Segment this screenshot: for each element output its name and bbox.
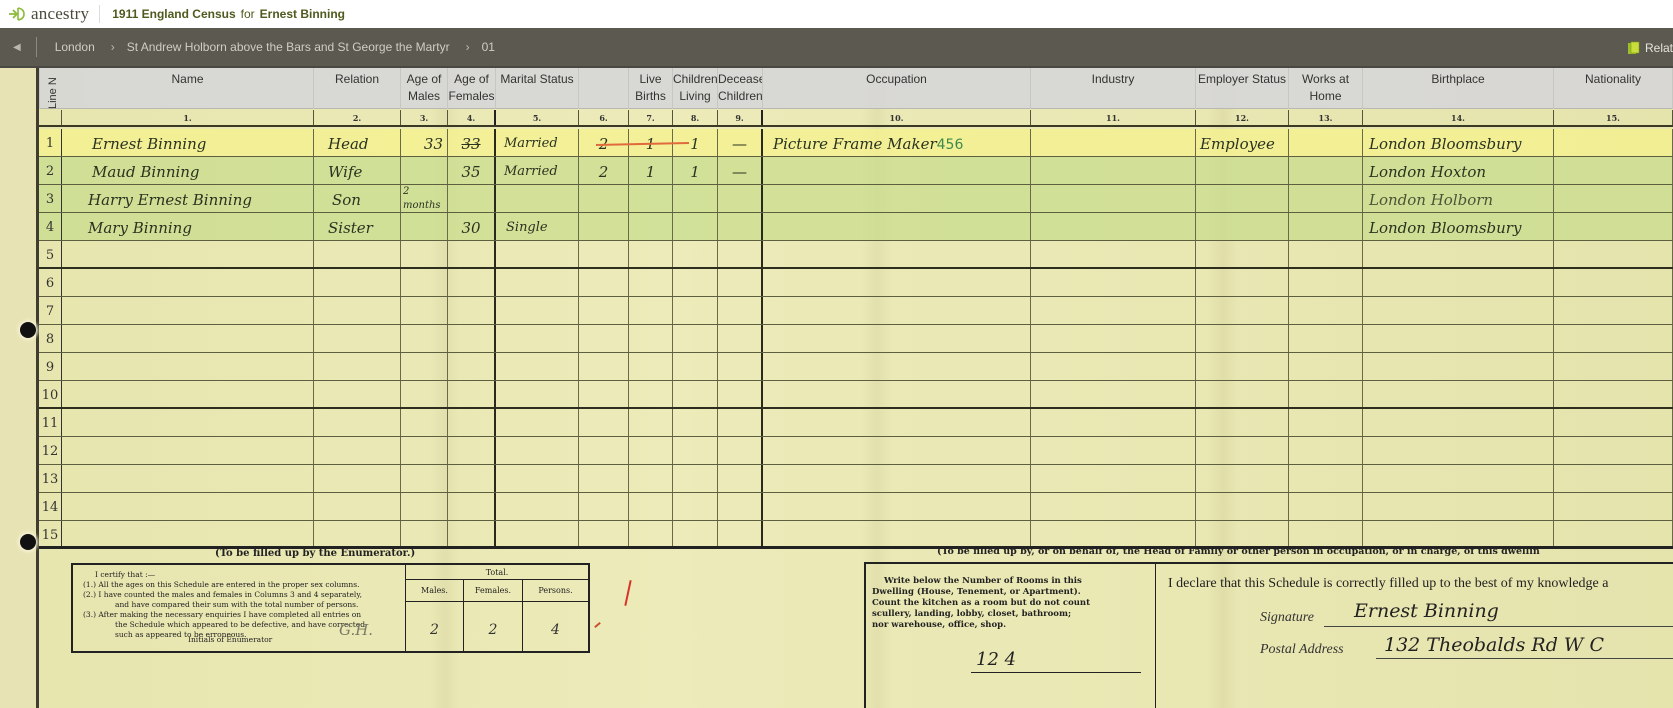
line-number: 10	[39, 381, 62, 407]
cell-works-at-home[interactable]	[1289, 185, 1363, 212]
cell-nationality[interactable]	[1554, 213, 1673, 240]
breadcrumb-divider	[36, 37, 37, 57]
cell	[314, 381, 401, 407]
related-label: Relat	[1645, 41, 1673, 55]
red-check-mark	[594, 622, 601, 628]
col-header-age-males[interactable]: Age ofMales	[401, 68, 448, 109]
cell-deceased[interactable]: —	[718, 129, 763, 156]
cell	[496, 297, 579, 324]
cell	[448, 465, 496, 492]
enumerator-certification-box: I certify that :— (1.) All the ages on t…	[71, 563, 590, 653]
cell	[1289, 241, 1363, 267]
cell-industry[interactable]	[1031, 157, 1196, 184]
cell	[763, 325, 1031, 352]
cell	[1031, 241, 1196, 267]
col-num: 3.	[401, 110, 448, 125]
cell-relation[interactable]: Wife	[314, 157, 401, 184]
cell	[314, 437, 401, 464]
col-num: 14.	[1363, 110, 1554, 125]
cell	[496, 521, 579, 546]
back-arrow-icon[interactable]: ◀	[13, 42, 21, 53]
cell	[1289, 465, 1363, 492]
col-header-years-married[interactable]	[579, 68, 629, 109]
person-name-title[interactable]: Ernest Binning	[260, 7, 345, 21]
line-number: 12	[39, 437, 62, 464]
cell	[579, 437, 629, 464]
cell-deceased[interactable]: —	[718, 157, 763, 184]
cell	[579, 297, 629, 324]
cell	[1031, 269, 1196, 296]
cell	[496, 409, 579, 436]
cell	[401, 241, 448, 267]
ancestry-logo[interactable]: ancestry	[8, 4, 89, 24]
cell-relation[interactable]: Head	[314, 129, 401, 156]
header-line: Births	[635, 89, 666, 103]
cell-occupation[interactable]	[763, 185, 1031, 212]
signature-value: Ernest Binning	[1354, 600, 1499, 622]
red-tick-mark	[624, 580, 631, 606]
table-row-empty[interactable]: 10	[39, 381, 1673, 409]
cell	[1554, 521, 1673, 546]
cell	[1289, 437, 1363, 464]
signature-underline	[1324, 626, 1673, 627]
cell	[629, 353, 673, 380]
cell	[1554, 493, 1673, 520]
cell	[763, 297, 1031, 324]
cell	[496, 241, 579, 267]
cell-age-males[interactable]	[401, 213, 448, 240]
header-line: Males	[408, 89, 440, 103]
cell	[1031, 325, 1196, 352]
cell	[673, 465, 718, 492]
col-num: 7.	[629, 110, 673, 125]
cell	[62, 409, 314, 436]
cell	[496, 493, 579, 520]
line-number: 7	[39, 297, 62, 324]
cell-nationality[interactable]	[1554, 157, 1673, 184]
cell	[401, 353, 448, 380]
cell	[673, 381, 718, 407]
table-row[interactable]: 2 Maud Binning Wife 35 Married 2 1 1 — L…	[39, 157, 1673, 185]
totals-table: Total. Males. Females. Persons. 2 2 4	[406, 565, 588, 651]
col-header-relation[interactable]: Relation	[314, 68, 401, 109]
cell	[673, 437, 718, 464]
cell	[673, 241, 718, 267]
breadcrumb-bar: ◀ London › St Andrew Holborn above the B…	[0, 28, 1673, 68]
cell	[1554, 381, 1673, 407]
line-number: 8	[39, 325, 62, 352]
rooms-divider	[1155, 564, 1156, 708]
cell	[448, 241, 496, 267]
cell	[401, 297, 448, 324]
rooms-line: scullery, landing, lobby, closet, bathro…	[872, 609, 1152, 620]
household-declaration-box: Write below the Number of Rooms in this …	[864, 562, 1673, 708]
cell-name[interactable]: Maud Binning	[62, 157, 314, 184]
cell	[1289, 409, 1363, 436]
breadcrumb-parish[interactable]: St Andrew Holborn above the Bars and St …	[127, 40, 450, 54]
cell	[448, 437, 496, 464]
header-line: Age of	[407, 72, 442, 86]
totals-males-value: 2	[406, 602, 464, 651]
collection-title[interactable]: 1911 England Census	[112, 7, 235, 21]
col-num-blank	[39, 110, 62, 125]
cell	[496, 269, 579, 296]
line-number: 11	[39, 409, 62, 436]
col-header-line-number[interactable]: Line N	[39, 68, 62, 109]
cell-deceased[interactable]	[718, 185, 763, 212]
col-header-employer-status[interactable]: Employer Status	[1196, 68, 1289, 109]
rooms-line: nor warehouse, office, shop.	[872, 620, 1152, 631]
rooms-count: 12 4	[976, 649, 1016, 670]
cell-marital[interactable]: Married	[496, 129, 579, 156]
cell	[718, 381, 763, 407]
initials-label: Initials of Enumerator	[188, 635, 272, 645]
header-line: Home	[1309, 89, 1341, 103]
col-header-works-at-home[interactable]: Works atHome	[1289, 68, 1363, 109]
cell	[673, 325, 718, 352]
cell-birthplace[interactable]: London Bloomsbury	[1363, 129, 1554, 156]
occupation-text: Picture Frame Maker	[773, 135, 937, 153]
cell	[718, 297, 763, 324]
cell-industry[interactable]	[1031, 213, 1196, 240]
table-row-empty[interactable]: 11	[39, 409, 1673, 437]
header-line: Decease	[718, 72, 763, 86]
cell	[1031, 297, 1196, 324]
household-section-title: (To be filled up by, or on behalf of, th…	[937, 546, 1540, 557]
col-header-name[interactable]: Name	[62, 68, 314, 109]
cell-marital[interactable]: Single	[496, 213, 579, 240]
cell	[629, 381, 673, 407]
col-num: 8.	[673, 110, 718, 125]
table-row-empty[interactable]: 12	[39, 437, 1673, 465]
cell-works-at-home[interactable]	[1289, 157, 1363, 184]
enumerator-section-title: (To be filled up by the Enumerator.)	[215, 548, 415, 559]
cell	[401, 409, 448, 436]
cell	[62, 381, 314, 407]
table-row-empty[interactable]: 6	[39, 269, 1673, 297]
cell	[629, 493, 673, 520]
cell	[1196, 521, 1289, 546]
col-header-nationality[interactable]: Nationality	[1554, 68, 1673, 109]
column-header-row: Line N Name Relation Age ofMales Age ofF…	[39, 68, 1673, 109]
cell-live-births[interactable]: 1	[629, 157, 673, 184]
punch-hole	[20, 322, 36, 338]
cell	[673, 269, 718, 296]
cell	[1196, 381, 1289, 407]
cell	[496, 437, 579, 464]
cell	[496, 381, 579, 407]
cell-works-at-home[interactable]	[1289, 129, 1363, 156]
col-num: 2.	[314, 110, 401, 125]
cell	[1554, 409, 1673, 436]
line-number: 5	[39, 241, 62, 267]
cell-birthplace[interactable]: London Hoxton	[1363, 157, 1554, 184]
cell-years-married[interactable]	[579, 213, 629, 240]
col-header-age-females[interactable]: Age ofFemales	[448, 68, 496, 109]
cell	[718, 353, 763, 380]
col-num: 12.	[1196, 110, 1289, 125]
header-line: Children	[718, 89, 763, 103]
header-line: Live	[639, 72, 661, 86]
cell	[579, 325, 629, 352]
cell-name[interactable]: Ernest Binning	[62, 129, 314, 156]
table-row[interactable]: 4 Mary Binning Sister 30 Single London B…	[39, 213, 1673, 241]
cell	[763, 493, 1031, 520]
cell-industry[interactable]	[1031, 129, 1196, 156]
book-icon	[1627, 41, 1640, 55]
cell	[62, 297, 314, 324]
cell	[1289, 493, 1363, 520]
census-image-viewer[interactable]: Line N Name Relation Age ofMales Age ofF…	[0, 68, 1673, 708]
rooms-line: Dwelling (House, Tenement, or Apartment)…	[872, 587, 1152, 598]
cell-employer-status[interactable]	[1196, 185, 1289, 212]
cell	[579, 493, 629, 520]
col-num: 1.	[62, 110, 314, 125]
cell-relation[interactable]: Son	[314, 185, 401, 212]
header-line: Age of	[454, 72, 489, 86]
cell	[629, 241, 673, 267]
paper-margin	[0, 68, 38, 708]
cell	[1031, 381, 1196, 407]
postal-address-label: Postal Address	[1260, 642, 1344, 658]
cell	[579, 353, 629, 380]
rooms-instructions: Write below the Number of Rooms in this …	[872, 576, 1152, 631]
cell	[448, 521, 496, 546]
related-button[interactable]: Relat	[1627, 28, 1673, 68]
cell-live-births[interactable]	[629, 185, 673, 212]
cell	[401, 521, 448, 546]
table-row-empty[interactable]: 7	[39, 297, 1673, 325]
cell	[1031, 493, 1196, 520]
cell	[448, 297, 496, 324]
cell	[314, 465, 401, 492]
certify-line: I certify that :—	[83, 570, 401, 580]
cell	[1363, 409, 1554, 436]
cell	[401, 437, 448, 464]
cell	[314, 241, 401, 267]
line-number: 1	[39, 129, 62, 156]
cell-nationality[interactable]	[1554, 129, 1673, 156]
cell-live-births[interactable]	[629, 213, 673, 240]
cell-birthplace[interactable]: London Bloomsbury	[1363, 213, 1554, 240]
cell	[718, 241, 763, 267]
cell	[1363, 325, 1554, 352]
cell	[62, 493, 314, 520]
cell-birthplace[interactable]: London Holborn	[1363, 185, 1554, 212]
cell	[1196, 241, 1289, 267]
cell	[1289, 353, 1363, 380]
column-number-row: 1. 2. 3. 4. 5. 6. 7. 8. 9. 10. 11. 12. 1…	[39, 110, 1673, 127]
breadcrumb-district[interactable]: 01	[482, 40, 495, 54]
table-row[interactable]: 1 Ernest Binning Head 33 33 Married 2 1 …	[39, 129, 1673, 157]
cell	[1363, 437, 1554, 464]
cell-age-females[interactable]	[448, 185, 496, 212]
col-header-marital-status[interactable]: Marital Status	[496, 68, 579, 109]
cell-age-females[interactable]: 30	[448, 213, 496, 240]
cell	[496, 465, 579, 492]
cell	[62, 353, 314, 380]
signature-label: Signature	[1260, 610, 1314, 626]
cell	[673, 493, 718, 520]
totals-persons-label: Persons.	[523, 580, 588, 601]
cell-occupation[interactable]	[763, 157, 1031, 184]
cell-age-males[interactable]	[401, 157, 448, 184]
col-header-industry[interactable]: Industry	[1031, 68, 1196, 109]
cell	[314, 493, 401, 520]
cell	[718, 437, 763, 464]
cell-children-living[interactable]	[673, 213, 718, 240]
cell	[718, 269, 763, 296]
certify-item-1: (1.) All the ages on this Schedule are e…	[83, 580, 401, 590]
cell-marital[interactable]: Married	[496, 157, 579, 184]
table-row-empty[interactable]: 13	[39, 465, 1673, 493]
cell	[1289, 521, 1363, 546]
cell-relation[interactable]: Sister	[314, 213, 401, 240]
line-number: 13	[39, 465, 62, 492]
rooms-underline	[971, 672, 1141, 673]
cell-age-males[interactable]: 33	[401, 129, 448, 156]
cell-employer-status[interactable]: Employee	[1196, 129, 1289, 156]
table-row-empty[interactable]: 14	[39, 493, 1673, 521]
table-row-empty[interactable]: 5	[39, 241, 1673, 269]
cell	[673, 521, 718, 546]
cell-employer-status[interactable]	[1196, 157, 1289, 184]
cell-children-living[interactable]: 1	[673, 157, 718, 184]
cell	[1289, 297, 1363, 324]
header-line: Children	[673, 72, 718, 86]
cell	[1554, 269, 1673, 296]
cell-name[interactable]: Harry Ernest Binning	[62, 185, 314, 212]
col-num: 15.	[1554, 110, 1673, 125]
table-row-empty[interactable]: 8	[39, 325, 1673, 353]
line-number: 14	[39, 493, 62, 520]
cell	[629, 465, 673, 492]
cell-age-females-struck[interactable]: 33	[448, 129, 496, 156]
cell	[314, 325, 401, 352]
cell	[1554, 297, 1673, 324]
cell	[1363, 521, 1554, 546]
cell-occupation[interactable]: Picture Frame Maker456	[763, 129, 1031, 156]
col-header-live-births[interactable]: LiveBirths	[629, 68, 673, 109]
cell	[579, 269, 629, 296]
cell	[1031, 521, 1196, 546]
title-for: for	[241, 7, 255, 21]
col-header-deceased-children[interactable]: DeceaseChildren	[718, 68, 763, 109]
cell	[1196, 269, 1289, 296]
cell	[1363, 269, 1554, 296]
col-num: 5.	[496, 110, 579, 125]
certify-item-2-cont: and have compared their sum with the tot…	[83, 600, 401, 610]
line-number: 15	[39, 521, 62, 546]
col-header-children-living[interactable]: ChildrenLiving	[673, 68, 718, 109]
cell	[1196, 493, 1289, 520]
cell	[673, 409, 718, 436]
col-num: 11.	[1031, 110, 1196, 125]
col-num: 9.	[718, 110, 763, 125]
punch-hole	[20, 534, 36, 550]
cell-employer-status[interactable]	[1196, 213, 1289, 240]
cell	[401, 381, 448, 407]
cell	[1363, 493, 1554, 520]
cell	[448, 353, 496, 380]
line-number: 6	[39, 269, 62, 296]
cell	[314, 297, 401, 324]
cell	[763, 437, 1031, 464]
cell	[629, 325, 673, 352]
cell	[62, 465, 314, 492]
table-row-empty[interactable]: 15	[39, 521, 1673, 549]
cell	[629, 437, 673, 464]
cell-nationality[interactable]	[1554, 185, 1673, 212]
line-number: 9	[39, 353, 62, 380]
chevron-right-icon: ›	[466, 40, 470, 54]
cell	[1031, 465, 1196, 492]
cell-children-living[interactable]	[673, 185, 718, 212]
leaf-logo-icon	[8, 6, 30, 22]
cell	[314, 409, 401, 436]
cell	[314, 353, 401, 380]
cell	[1196, 465, 1289, 492]
line-number: 2	[39, 157, 62, 184]
cell	[1554, 465, 1673, 492]
cell-marital[interactable]	[496, 185, 579, 212]
cell-years-married[interactable]: 2	[579, 157, 629, 184]
cell-works-at-home[interactable]	[1289, 213, 1363, 240]
occupation-code: 456	[937, 137, 964, 153]
table-row-empty[interactable]: 9	[39, 353, 1673, 381]
col-header-birthplace[interactable]: Birthplace	[1363, 68, 1554, 109]
postal-address-value: 132 Theobalds Rd W C	[1384, 634, 1604, 656]
cell	[1363, 297, 1554, 324]
cell	[1031, 409, 1196, 436]
totals-persons-value: 4	[523, 602, 588, 651]
breadcrumb-london[interactable]: London	[55, 40, 95, 54]
cell	[763, 465, 1031, 492]
cell	[62, 437, 314, 464]
cell	[763, 353, 1031, 380]
cell	[448, 493, 496, 520]
cell	[1196, 325, 1289, 352]
cell	[629, 521, 673, 546]
totals-females-label: Females.	[464, 580, 523, 601]
cell-name[interactable]: Mary Binning	[62, 213, 314, 240]
col-header-occupation[interactable]: Occupation	[763, 68, 1031, 109]
cell	[62, 269, 314, 296]
cell	[448, 409, 496, 436]
cell	[763, 269, 1031, 296]
cell	[1289, 269, 1363, 296]
cell	[629, 269, 673, 296]
cell	[1363, 241, 1554, 267]
cell	[1196, 353, 1289, 380]
cell-age-females[interactable]: 35	[448, 157, 496, 184]
top-header: ancestry 1911 England Census for Ernest …	[0, 0, 1673, 28]
cell	[62, 325, 314, 352]
cell	[673, 297, 718, 324]
cell-industry[interactable]	[1031, 185, 1196, 212]
cell-occupation[interactable]	[763, 213, 1031, 240]
cell	[496, 325, 579, 352]
col-num: 13.	[1289, 110, 1363, 125]
table-row[interactable]: 3 Harry Ernest Binning Son 2 months Lond…	[39, 185, 1673, 213]
cell-years-married[interactable]	[579, 185, 629, 212]
cell	[1554, 437, 1673, 464]
totals-females-value: 2	[464, 602, 523, 651]
cell-deceased[interactable]	[718, 213, 763, 240]
cell-age-males[interactable]: 2 months	[401, 185, 448, 212]
census-rows: 1 Ernest Binning Head 33 33 Married 2 1 …	[39, 129, 1673, 549]
cell	[579, 409, 629, 436]
